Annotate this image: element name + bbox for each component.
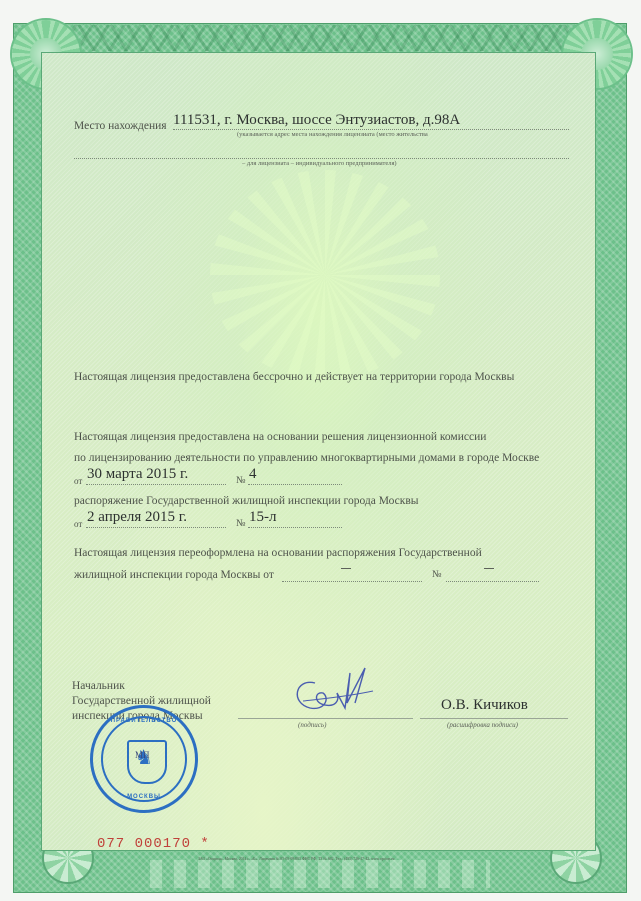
order-date-underline [86, 527, 226, 528]
reissue-date-dash [341, 568, 351, 569]
address-underline-2 [74, 158, 569, 159]
decision-number-label: № [236, 475, 246, 486]
basis-line-2: по лицензированию деятельности по управл… [74, 452, 539, 464]
address-caption-1: (указывается адрес места нахождения лице… [237, 131, 428, 138]
name-line [420, 718, 568, 719]
decision-date-underline [86, 484, 226, 485]
license-document: Место нахождения 111531, г. Москва, шосс… [0, 0, 641, 901]
position-line-1: Начальник [72, 680, 125, 692]
reissue-number-label: № [432, 569, 442, 580]
decision-from-label: от [74, 476, 82, 486]
serial-number: 077 000170 * [97, 836, 210, 852]
basis-line-1: Настоящая лицензия предоставлена на осно… [74, 431, 486, 443]
signature-caption: (подпись) [298, 721, 326, 729]
order-number: 15-л [249, 509, 276, 526]
reissue-number-dash [484, 568, 494, 569]
seal-top-text: ПРАВИТЕЛЬСТВО [93, 718, 195, 724]
reissue-line-2: жилищной инспекции города Москвы от [74, 569, 274, 581]
address-label: Место нахождения [74, 120, 167, 132]
decision-number: 4 [249, 466, 257, 483]
signatory-name: О.В. Кичиков [441, 697, 528, 714]
order-line: распоряжение Государственной жилищной ин… [74, 495, 419, 507]
decision-number-underline [248, 484, 342, 485]
order-from-label: от [74, 519, 82, 529]
seal-mark: МП [135, 750, 150, 760]
decision-date: 30 марта 2015 г. [87, 466, 188, 483]
address-value: 111531, г. Москва, шоссе Энтузиастов, д.… [173, 112, 460, 129]
signature-line [238, 718, 413, 719]
central-watermark-rosette [210, 170, 440, 380]
reissue-date-underline [282, 581, 422, 582]
order-number-underline [248, 527, 342, 528]
bottom-ornament-band [150, 860, 490, 888]
printer-imprint: ЗАО «Опцион», Москва, 2014 г., «Б». Лице… [198, 857, 394, 861]
address-underline [173, 129, 569, 130]
top-ornament-band [60, 25, 580, 51]
validity-statement: Настоящая лицензия предоставлена бессроч… [74, 371, 514, 383]
address-caption-2: – для лицензиата – индивидуального предп… [242, 160, 397, 167]
reissue-line-1: Настоящая лицензия переоформлена на осно… [74, 547, 482, 559]
order-number-label: № [236, 518, 246, 529]
signature-icon [285, 663, 385, 718]
name-caption: (расшифровка подписи) [447, 721, 518, 729]
order-date: 2 апреля 2015 г. [87, 509, 187, 526]
reissue-number-underline [446, 581, 539, 582]
seal-bottom-text: МОСКВЫ [93, 794, 195, 800]
